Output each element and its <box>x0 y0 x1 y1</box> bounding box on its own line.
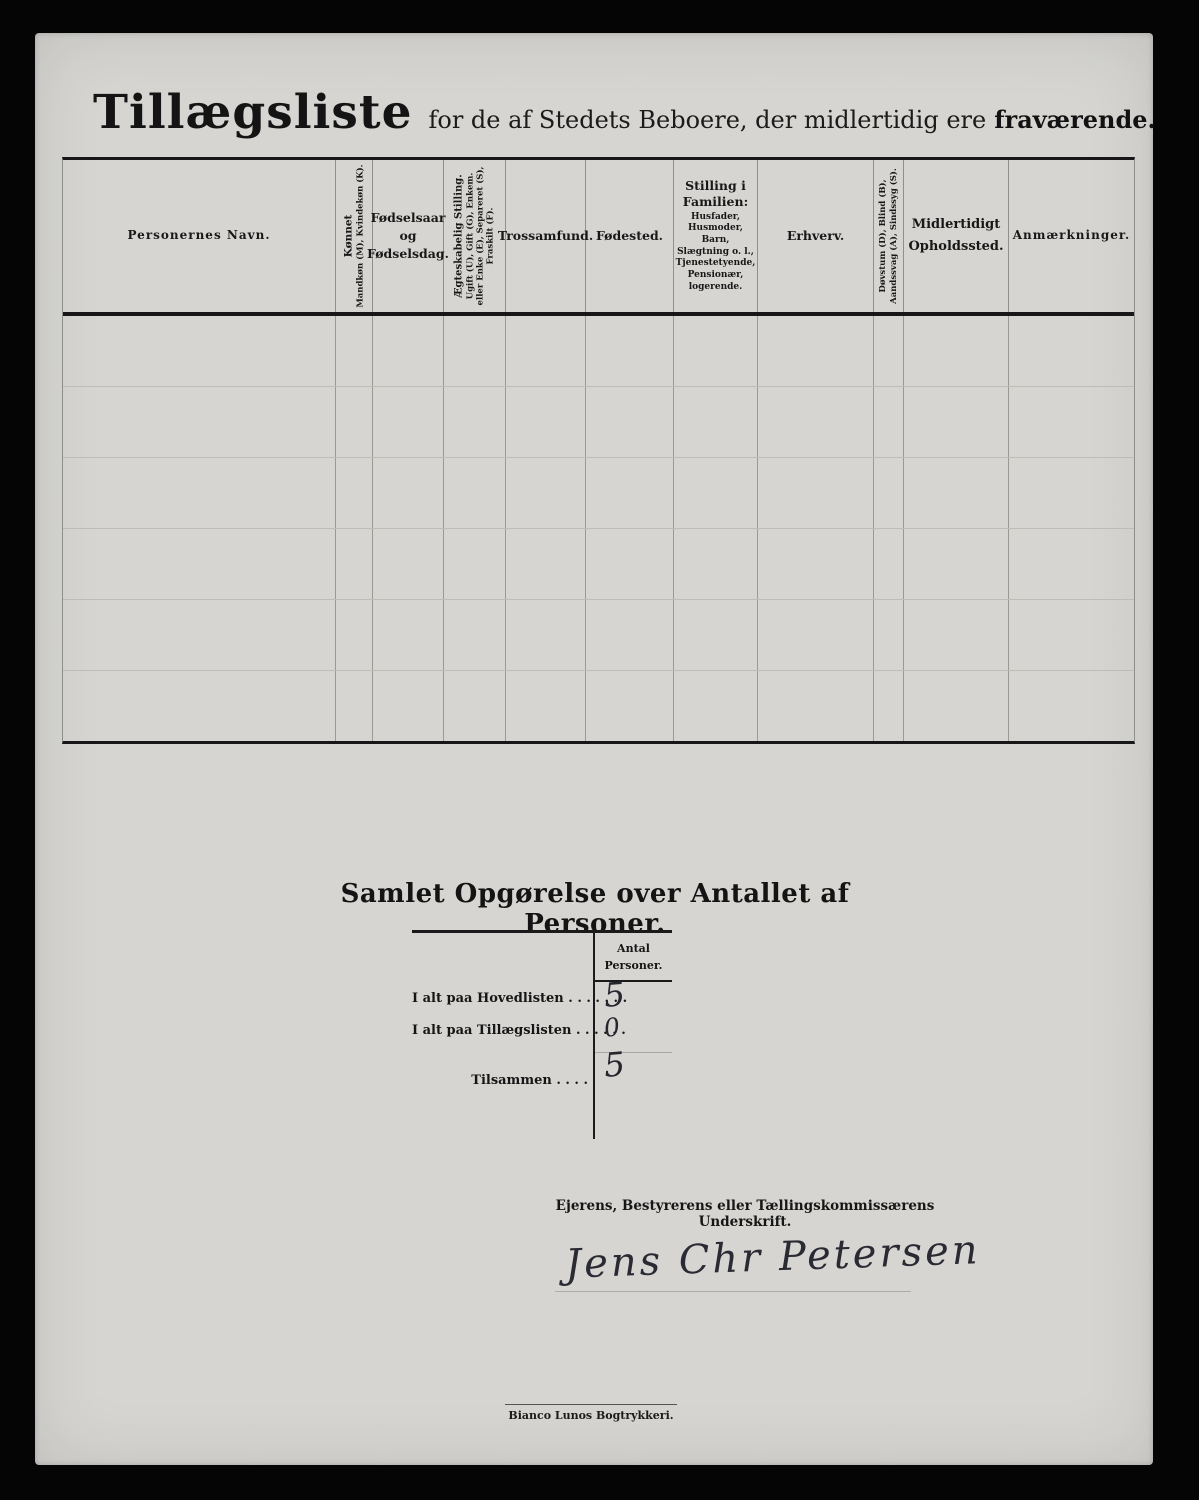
table-cell-empty <box>444 600 506 670</box>
table-cell-empty <box>758 316 874 386</box>
table-row <box>63 316 1134 387</box>
table-cell-empty <box>506 316 586 386</box>
table-cell-empty <box>336 458 373 528</box>
table-cell-empty <box>444 671 506 741</box>
table-cell-empty <box>758 529 874 599</box>
col-header-erhverv: Erhverv. <box>758 160 874 312</box>
table-cell-empty <box>1009 387 1134 457</box>
scan-background: { "page": { "title": "Tillægsliste", "su… <box>0 0 1199 1500</box>
form-subtitle-emphasis: fraværende. <box>994 105 1156 134</box>
table-cell-empty <box>758 671 874 741</box>
table-cell-empty <box>674 529 758 599</box>
handwritten-count-tilsammen: 5 <box>602 1044 626 1085</box>
table-body <box>63 316 1134 741</box>
table-cell-empty <box>63 458 336 528</box>
col-header-doevstum: Døvstum (D), Blind (B), Aandssvag (A), S… <box>874 160 904 312</box>
table-cell-empty <box>506 671 586 741</box>
table-cell-empty <box>904 458 1009 528</box>
summary-table: Antal Personer. I alt paa Hovedlisten . … <box>412 930 672 1147</box>
summary-row-label-tillaegslisten: I alt paa Tillægslisten . . . . . . <box>412 1023 588 1038</box>
table-cell-empty <box>506 600 586 670</box>
col-sublabel: Ugift (U), Gift (G), Enkem. eller Enke (… <box>465 163 496 309</box>
vertical-label: Kønnet Mandkøn (M), Kvindekøn (K). <box>343 163 366 309</box>
handwritten-count-tillaegslisten: 0 <box>602 1012 622 1043</box>
table-cell-empty <box>373 671 444 741</box>
summary-row-label-hovedlisten: I alt paa Hovedlisten . . . . . . . <box>412 991 588 1006</box>
col-label: Døvstum (D), Blind (B), Aandssvag (A), S… <box>877 163 899 309</box>
table-cell-empty <box>336 671 373 741</box>
table-cell-empty <box>506 529 586 599</box>
table-cell-empty <box>1009 458 1134 528</box>
summary-column-header: Antal Personer. <box>595 940 672 974</box>
table-cell-empty <box>444 387 506 457</box>
col-label: Kønnet <box>343 163 356 309</box>
table-cell-empty <box>336 529 373 599</box>
census-table: Personernes Navn. Kønnet Mandkøn (M), Kv… <box>62 157 1135 744</box>
table-cell-empty <box>758 387 874 457</box>
form-subtitle: for de af Stedets Beboere, der midlertid… <box>428 106 986 134</box>
table-cell-empty <box>904 671 1009 741</box>
col-header-stilling-i-familien: Stilling i Familien: Husfader, Husmoder,… <box>674 160 758 312</box>
handwritten-count-hovedlisten: 5 <box>602 974 626 1015</box>
col-label: Fødested. <box>593 227 666 245</box>
table-cell-empty <box>874 600 904 670</box>
table-cell-empty <box>506 387 586 457</box>
table-cell-empty <box>586 387 674 457</box>
table-cell-empty <box>63 529 336 599</box>
col-header-midlertidigt-opholdssted: Midlertidigt Opholdssted. <box>904 160 1009 312</box>
table-cell-empty <box>444 458 506 528</box>
table-row <box>63 529 1134 600</box>
summary-row-label-tilsammen: Tilsammen . . . . <box>412 1073 588 1088</box>
table-cell-empty <box>373 600 444 670</box>
col-label: Trossamfund. <box>495 227 596 245</box>
table-row <box>63 671 1134 741</box>
table-cell-empty <box>674 600 758 670</box>
table-cell-empty <box>874 387 904 457</box>
col-label: Midlertidigt Opholdssted. <box>904 214 1008 258</box>
table-cell-empty <box>444 316 506 386</box>
table-cell-empty <box>1009 316 1134 386</box>
table-cell-empty <box>373 316 444 386</box>
page-title: Tillægsliste for de af Stedets Beboere, … <box>93 85 1156 140</box>
table-cell-empty <box>674 387 758 457</box>
table-cell-empty <box>1009 600 1134 670</box>
table-cell-empty <box>373 387 444 457</box>
col-label: Erhverv. <box>784 227 847 245</box>
table-cell-empty <box>444 529 506 599</box>
table-cell-empty <box>904 529 1009 599</box>
table-cell-empty <box>1009 529 1134 599</box>
table-cell-empty <box>63 600 336 670</box>
signature-caption: Ejerens, Bestyrerens eller Tællingskommi… <box>515 1198 975 1230</box>
table-cell-empty <box>586 529 674 599</box>
table-cell-empty <box>674 316 758 386</box>
table-cell-empty <box>874 316 904 386</box>
table-cell-empty <box>1009 671 1134 741</box>
col-label: Stilling i Familien: <box>674 178 757 209</box>
table-cell-empty <box>586 600 674 670</box>
table-cell-empty <box>336 387 373 457</box>
table-cell-empty <box>336 316 373 386</box>
printer-imprint: Bianco Lunos Bogtrykkeri. <box>505 1404 677 1422</box>
col-label: Anmærkninger. <box>1010 227 1134 244</box>
vertical-label: Ægteskabelig Stilling. Ugift (U), Gift (… <box>453 163 496 309</box>
table-row <box>63 387 1134 458</box>
table-cell-empty <box>63 671 336 741</box>
table-cell-empty <box>586 316 674 386</box>
table-cell-empty <box>874 458 904 528</box>
table-cell-empty <box>63 316 336 386</box>
table-cell-empty <box>758 458 874 528</box>
table-cell-empty <box>874 671 904 741</box>
table-header-row: Personernes Navn. Kønnet Mandkøn (M), Kv… <box>63 160 1134 316</box>
vertical-label: Døvstum (D), Blind (B), Aandssvag (A), S… <box>877 163 899 309</box>
col-header-anmaerkninger: Anmærkninger. <box>1009 160 1134 312</box>
table-cell-empty <box>373 529 444 599</box>
signature-line <box>555 1291 911 1292</box>
table-cell-empty <box>506 458 586 528</box>
table-cell-empty <box>674 458 758 528</box>
handwritten-signature: Jens Chr Petersen <box>564 1228 945 1287</box>
col-sublabel: Husfader, Husmoder, Barn, Slægtning o. l… <box>672 212 760 294</box>
table-cell-empty <box>904 600 1009 670</box>
census-form-page: Tillægsliste for de af Stedets Beboere, … <box>35 33 1153 1465</box>
col-label: Fødselsaar og Fødselsdag. <box>364 209 452 263</box>
table-cell-empty <box>586 458 674 528</box>
table-cell-empty <box>63 387 336 457</box>
col-header-foedested: Fødested. <box>586 160 674 312</box>
form-title: Tillægsliste <box>93 85 412 140</box>
table-cell-empty <box>874 529 904 599</box>
col-header-trossamfund: Trossamfund. <box>506 160 586 312</box>
col-header-foedselsaar: Fødselsaar og Fødselsdag. <box>373 160 444 312</box>
table-cell-empty <box>758 600 874 670</box>
table-row <box>63 458 1134 529</box>
table-cell-empty <box>586 671 674 741</box>
col-label: Personernes Navn. <box>124 227 273 244</box>
table-cell-empty <box>336 600 373 670</box>
table-cell-empty <box>674 671 758 741</box>
table-cell-empty <box>373 458 444 528</box>
col-label: Ægteskabelig Stilling. <box>453 163 465 309</box>
col-header-personernes-navn: Personernes Navn. <box>63 160 336 312</box>
table-row <box>63 600 1134 671</box>
table-cell-empty <box>904 387 1009 457</box>
table-cell-empty <box>904 316 1009 386</box>
